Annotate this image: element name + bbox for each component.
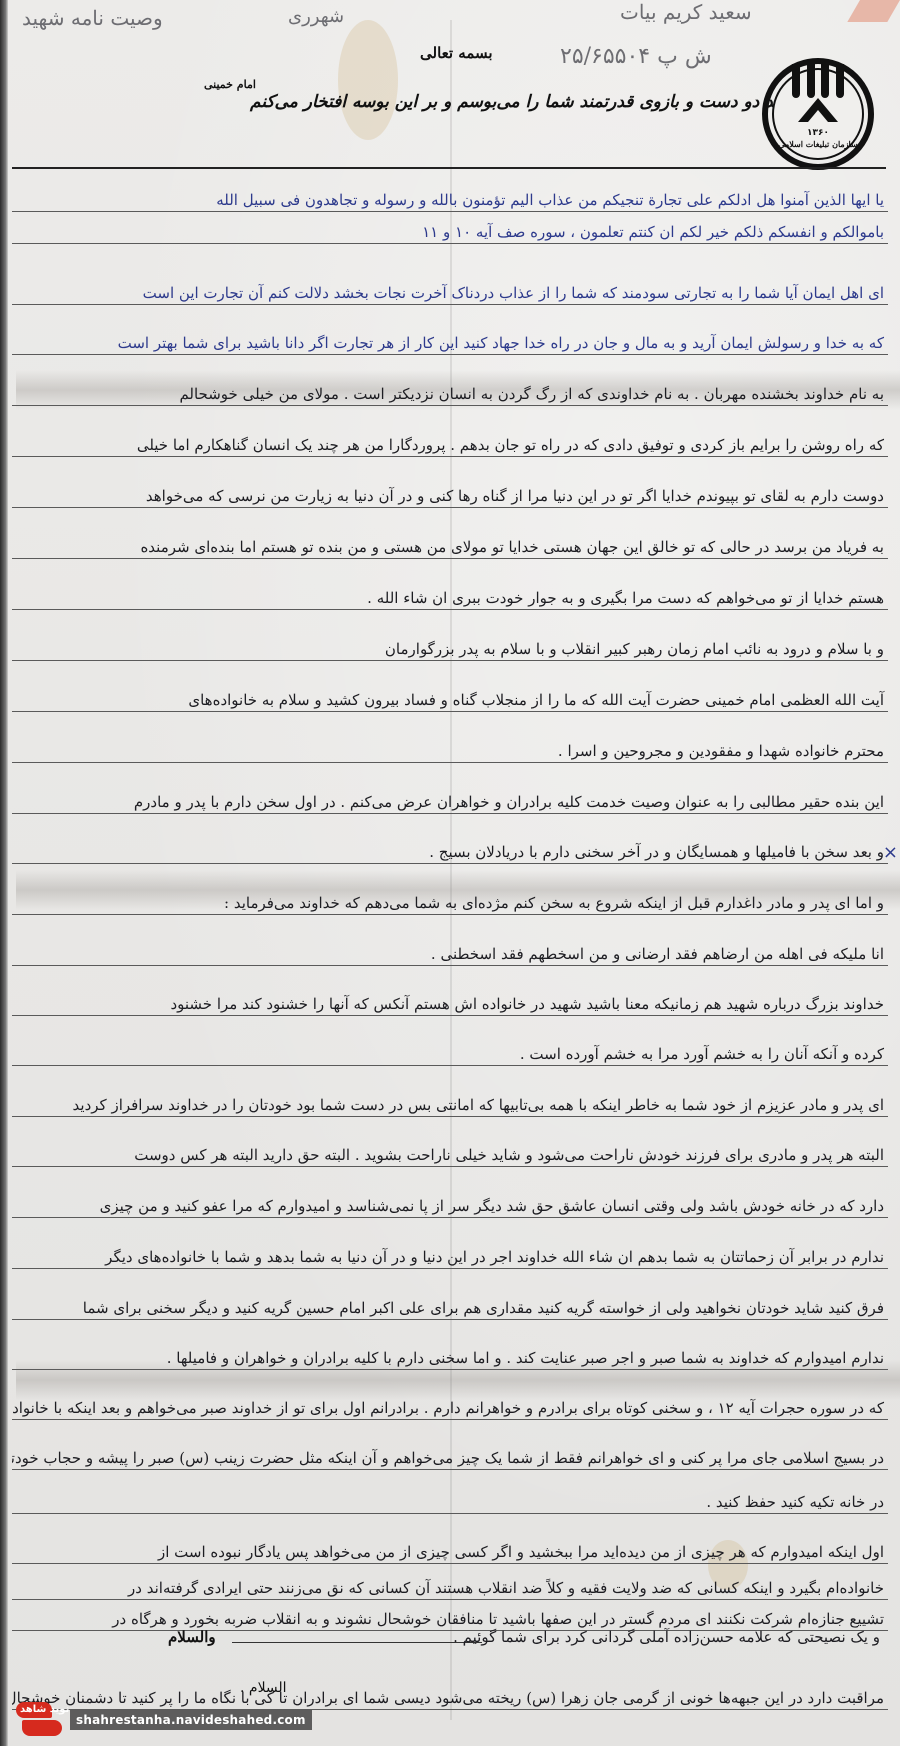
will-line: دوست دارم به لقای تو بپیوندم خدایا اگر ت…	[12, 486, 888, 508]
will-line: این بنده حقیر مطالبی را به عنوان وصیت خد…	[12, 792, 888, 814]
paper-stain	[338, 20, 398, 140]
header-rule	[12, 167, 886, 169]
annotation-file-number: ش پ ۲۵/۶۵۵۰۴	[560, 44, 712, 69]
will-line: ای اهل ایمان آیا شما را به تجارتی سودمند…	[12, 283, 888, 305]
will-line: هستم خدایا از تو می‌خواهم که دست مرا بگی…	[12, 588, 888, 610]
annotation-martyr-name: سعید کریم بیات	[620, 0, 752, 24]
printed-valediction: والسلام	[168, 1628, 216, 1646]
logo-year: ۱۳۶۰	[762, 128, 874, 138]
will-line: ای پدر و مادر عزیزم از خود شما به خاطر ا…	[12, 1095, 888, 1117]
watermark-url[interactable]: shahrestanha.navideshahed.com	[70, 1710, 312, 1730]
will-line: باموالکم و انفسکم ذلکم خیر لکم ان کنتم ت…	[12, 222, 888, 244]
will-line: یا ایها الذین آمنوا هل ادلکم علی تجارة ت…	[12, 190, 888, 212]
letterhead-slogan: من لگد دو دست و بازوی قدرتمند شما را می‌…	[250, 92, 817, 112]
margin-x-mark: ×	[883, 842, 898, 863]
will-line: در خانه تکیه کنید حفظ کنید .	[12, 1492, 888, 1514]
logo-org-name: سازمان تبلیغات اسلامی	[762, 139, 874, 149]
organization-logo: ۱۳۶۰ سازمان تبلیغات اسلامی	[762, 58, 884, 160]
will-line: و بعد سخن با فامیلها و همسایگان و در آخر…	[12, 842, 888, 864]
will-line: که در سوره حجرات آیه ۱۲ ، و سخنی کوتاه ب…	[12, 1398, 888, 1420]
will-line: که راه روشن را برایم باز کردی و توفیق دا…	[12, 435, 888, 457]
navideshahed-logo-icon: نوید شاهد	[14, 1700, 74, 1740]
annotation-will-title: وصیت نامه شهید	[22, 6, 163, 30]
will-line: انا ملیکه فی اهله من ارضاهم فقد ارضانی و…	[12, 944, 888, 966]
will-line: به فریاد من برسد در حالی که تو خالق این …	[12, 537, 888, 559]
will-line: فرق کنید شاید خودتان نخواهید ولی از خواس…	[12, 1298, 888, 1320]
will-line: آیت الله العظمی امام خمینی حضرت آیت الله…	[12, 690, 888, 712]
will-line: و اما ای پدر و مادر داغدارم قبل از اینکه…	[12, 893, 888, 915]
will-line: کرده و آنکه آنان را به خشم آورد مرا به خ…	[12, 1044, 888, 1066]
will-line: به نام خداوند بخشنده مهربان . به نام خدا…	[12, 384, 888, 406]
will-line: و با سلام و درود به نائب امام زمان رهبر …	[12, 639, 888, 661]
handwritten-valediction: السلام .	[240, 1680, 287, 1696]
will-line: خانواده‌ام بگیرد و اینکه کسانی که ضد ولا…	[12, 1578, 888, 1600]
will-line: که به خدا و رسولش ایمان آرید و به مال و …	[12, 333, 888, 355]
invocation: بسمه تعالی	[420, 44, 493, 62]
will-line: در بسیج اسلامی جای مرا پر کنی و ای خواهر…	[12, 1448, 888, 1470]
will-line: محترم خانواده شهدا و مفقودین و مجروحین و…	[12, 741, 888, 763]
closing-row: والسلام و یک نصیحتی که علامه حسن‌زاده آم…	[0, 1628, 900, 1652]
corner-tab	[847, 0, 900, 22]
will-line: اول اینکه امیدوارم که هر چیزی از من دیده…	[12, 1542, 888, 1564]
will-line: البته هر پدر و مادری برای فرزند خودش نار…	[12, 1145, 888, 1167]
document-paper	[8, 0, 900, 1746]
logo-bars-icon	[792, 64, 844, 98]
signature-rule	[232, 1642, 482, 1643]
will-line: دارد که در خانه خودش باشد ولی وقتی انسان…	[12, 1196, 888, 1218]
annotation-city: شهرری	[288, 6, 344, 27]
closing-line: و یک نصیحتی که علامه حسن‌زاده آملی گردان…	[453, 1628, 880, 1646]
will-line: ندارم امیدوارم که خداوند به شما صبر و اج…	[12, 1348, 888, 1370]
will-line: ندارم در برابر آن زحماتتان به شما بدهم ا…	[12, 1247, 888, 1269]
watermark: نوید شاهد shahrestanha.navideshahed.com	[14, 1700, 312, 1740]
will-line: خداوند بزرگ درباره شهید هم زمانیکه معنا …	[12, 994, 888, 1016]
page-edge	[0, 0, 8, 1746]
slogan-attribution: امام خمینی	[204, 78, 256, 91]
